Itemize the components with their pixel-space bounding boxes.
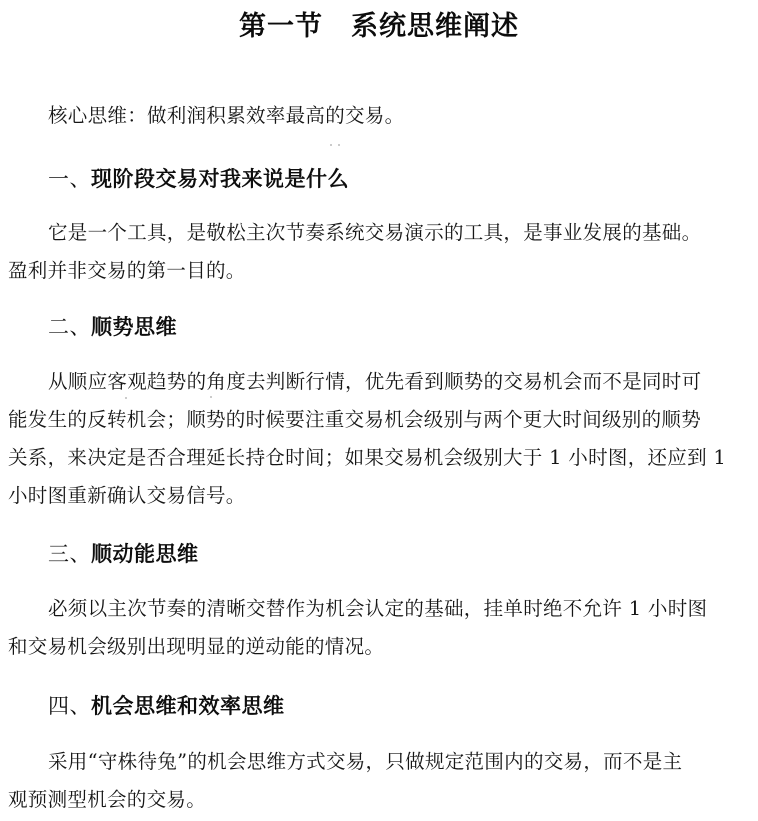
section-3-paragraph: 必须以主次节奏的清晰交替作为机会认定的基础，挂单时绝不允许 1 小时图 和交易机… xyxy=(8,590,752,666)
paragraph-line: 小时图重新确认交易信号。 xyxy=(8,477,752,515)
page-title: 第一节 系统思维阐述 xyxy=(0,4,758,43)
scan-speck xyxy=(125,397,127,399)
section-title: 现阶段交易对我来说是什么 xyxy=(91,167,349,191)
section-4-paragraph: 采用“守株待兔”的机会思维方式交易，只做规定范围内的交易，而不是主 观预测型机会… xyxy=(8,743,752,819)
paragraph-line: 它是一个工具，是敬松主次节奏系统交易演示的工具，是事业发展的基础。 xyxy=(8,214,752,252)
section-title: 顺动能思维 xyxy=(91,542,199,566)
section-title: 顺势思维 xyxy=(91,315,177,339)
scan-speck xyxy=(338,144,340,146)
section-heading-1: 一、现阶段交易对我来说是什么 xyxy=(48,163,349,193)
paragraph-line: 必须以主次节奏的清晰交替作为机会认定的基础，挂单时绝不允许 1 小时图 xyxy=(8,590,752,628)
section-heading-2: 二、顺势思维 xyxy=(48,311,177,341)
paragraph-line: 能发生的反转机会；顺势的时候要注重交易机会级别与两个更大时间级别的顺势 xyxy=(8,401,752,439)
section-number: 三、 xyxy=(48,542,91,566)
section-2-paragraph: 从顺应客观趋势的角度去判断行情，优先看到顺势的交易机会而不是同时可 能发生的反转… xyxy=(8,363,752,515)
section-title: 机会思维和效率思维 xyxy=(91,694,285,718)
document-page: 第一节 系统思维阐述 核心思维：做利润积累效率最高的交易。 一、现阶段交易对我来… xyxy=(0,0,758,821)
paragraph-line: 观预测型机会的交易。 xyxy=(8,781,752,819)
scan-speck xyxy=(330,144,332,146)
section-number: 一、 xyxy=(48,167,91,191)
paragraph-line: 采用“守株待兔”的机会思维方式交易，只做规定范围内的交易，而不是主 xyxy=(8,743,752,781)
core-thought-text: 核心思维：做利润积累效率最高的交易。 xyxy=(8,97,752,135)
paragraph-line: 关系，来决定是否合理延长持仓时间；如果交易机会级别大于 1 小时图，还应到 1 xyxy=(8,439,752,477)
paragraph-line: 盈利并非交易的第一目的。 xyxy=(8,252,752,290)
section-number: 四、 xyxy=(48,694,91,718)
paragraph-line: 从顺应客观趋势的角度去判断行情，优先看到顺势的交易机会而不是同时可 xyxy=(8,363,752,401)
section-1-paragraph: 它是一个工具，是敬松主次节奏系统交易演示的工具，是事业发展的基础。 盈利并非交易… xyxy=(8,214,752,290)
section-heading-3: 三、顺动能思维 xyxy=(48,538,199,568)
section-number: 二、 xyxy=(48,315,91,339)
core-thought-paragraph: 核心思维：做利润积累效率最高的交易。 xyxy=(8,97,752,135)
section-heading-4: 四、机会思维和效率思维 xyxy=(48,690,285,720)
scan-speck xyxy=(210,396,212,398)
paragraph-line: 和交易机会级别出现明显的逆动能的情况。 xyxy=(8,628,752,666)
